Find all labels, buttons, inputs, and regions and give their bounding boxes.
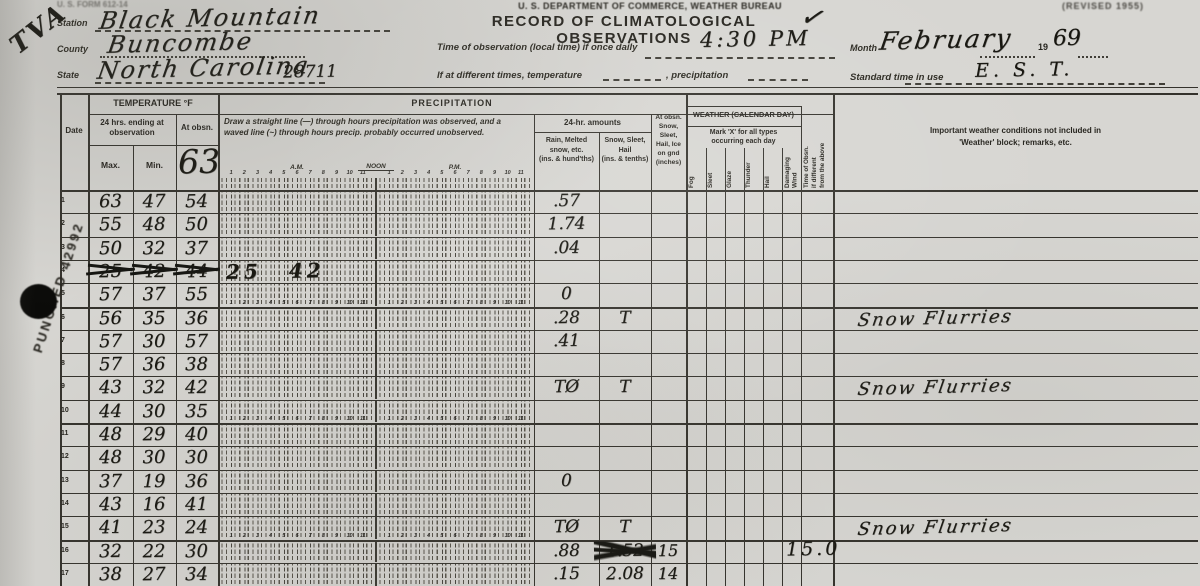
max-temp: 57 <box>89 354 132 376</box>
snow-amount: T <box>600 377 650 398</box>
date-cell: 1 <box>61 197 86 204</box>
hour-label: 5 <box>437 533 447 539</box>
snow-amount: T <box>600 517 650 538</box>
date-cell: 12 <box>61 453 86 460</box>
max-temp: 43 <box>89 494 132 516</box>
month-line <box>980 56 1035 58</box>
hour-label: 9 <box>490 416 500 422</box>
hour-label: 11 <box>516 533 526 539</box>
hour-label: 2 <box>397 300 407 306</box>
hour-label: 4 <box>266 533 276 539</box>
hour-label: 2 <box>397 416 407 422</box>
weather-col-label-hail: Hail <box>764 149 772 188</box>
max-temp: 37 <box>89 470 132 492</box>
hour-label: 3 <box>411 170 421 176</box>
month-label: Month <box>850 43 877 53</box>
scanned-form-page: U. S. FORM 612-14 U. S. DEPARTMENT OF CO… <box>0 0 1200 586</box>
min-temp: 36 <box>133 354 175 376</box>
hour-label: 9 <box>332 533 342 539</box>
snow-depth: 14 <box>651 564 685 584</box>
hour-label: 8 <box>476 533 486 539</box>
hour-label: 10 <box>503 170 513 176</box>
hour-label: 2 <box>397 170 407 176</box>
hrs24-header: 24 hrs. ending at observation <box>89 118 175 138</box>
max-temp: 57 <box>89 284 132 306</box>
precip-chart-cell <box>218 331 534 353</box>
hour-label: 1 <box>384 170 394 176</box>
precipitation-title: PRECIPITATION <box>218 98 686 108</box>
hour-label: 10 <box>503 416 513 422</box>
atobs-temp: 50 <box>176 214 217 236</box>
hour-label: 3 <box>253 300 263 306</box>
hour-label: 1 <box>384 416 394 422</box>
date-cell: 8 <box>61 360 86 367</box>
hour-label: 4 <box>424 170 434 176</box>
max-temp: 48 <box>89 424 132 446</box>
precip-chart-cell <box>218 564 534 586</box>
year-value: 69 <box>1053 26 1081 51</box>
atobs-temp: 54 <box>176 191 217 213</box>
hour-label: 6 <box>292 533 302 539</box>
time-obs-value: 4:30 PM <box>700 26 811 52</box>
grid-hline <box>534 132 651 133</box>
grid-vline <box>833 95 835 586</box>
hour-label: 5 <box>279 533 289 539</box>
depth-col-header: At obsn. Snow, Sleet, Hail, Ice on gnd (… <box>651 113 686 167</box>
max-temp: 48 <box>89 447 132 469</box>
hour-label: 3 <box>411 300 421 306</box>
atobs-temp: 44 <box>176 261 217 283</box>
std-time-label: Standard time in use <box>850 72 943 83</box>
hour-label: 4 <box>424 533 434 539</box>
rain-col-header: Rain, Melted snow, etc. (ins. & hund'ths… <box>535 136 598 165</box>
hour-label: 9 <box>490 170 500 176</box>
date-cell: 15 <box>61 523 86 530</box>
atobs-temp: 34 <box>176 563 217 585</box>
hour-label: 1 <box>384 300 394 306</box>
precip-chart-cell <box>218 354 534 376</box>
state-value: North Carolina <box>95 51 311 85</box>
at-obsn-temp-value: 63 <box>178 142 219 182</box>
date-cell: 10 <box>61 407 86 414</box>
hour-label: 8 <box>318 533 328 539</box>
grid-hline <box>60 213 1198 214</box>
snow-col-header: Snow, Sleet, Hail (ins. & tenths) <box>600 136 650 165</box>
hour-label: 11 <box>358 416 368 422</box>
max-temp: 25 <box>89 261 132 283</box>
hour-label: 8 <box>476 170 486 176</box>
precip-chart-cell <box>218 214 534 236</box>
hour-label: 11 <box>516 300 526 306</box>
date-cell: 6 <box>61 314 86 321</box>
diff-temp-line <box>603 79 661 81</box>
revised-note: (REVISED 1955) <box>1062 1 1144 11</box>
temperature-title: TEMPERATURE °F <box>88 98 218 108</box>
atobs-temp: 42 <box>176 377 217 399</box>
hour-label: 7 <box>305 533 315 539</box>
hour-label: 6 <box>450 300 460 306</box>
grid-hline <box>60 190 1198 192</box>
hour-label: 3 <box>253 170 263 176</box>
grid-vline <box>651 114 652 586</box>
date-cell: 17 <box>61 570 86 577</box>
max-temp: 41 <box>89 517 132 539</box>
max-temp: 55 <box>89 214 132 236</box>
max-temp: 32 <box>89 540 132 562</box>
amounts-header: 24-hr. amounts <box>534 118 651 127</box>
hour-label: 10 <box>345 170 355 176</box>
time-obs-line <box>645 57 835 59</box>
weather-col-label-glaze: Glaze <box>726 149 734 188</box>
hour-label: 3 <box>411 416 421 422</box>
min-temp: 27 <box>133 563 175 585</box>
punch-hole <box>20 284 57 319</box>
remark: Snow Flurries <box>856 305 1014 330</box>
diff-precip-line <box>748 79 808 81</box>
hour-label: 4 <box>266 170 276 176</box>
hour-label: 9 <box>490 300 500 306</box>
min-header: Min. <box>133 160 176 170</box>
rain-amount: 0 <box>536 470 597 491</box>
time-obs-label: Time of observation (local time) if once… <box>437 42 637 53</box>
rain-amount: .28 <box>536 307 597 328</box>
remark: Snow Flurries <box>856 375 1014 400</box>
at-obsn-header: At obsn. <box>177 123 217 132</box>
hour-label: 9 <box>332 300 342 306</box>
precip-chart-cell <box>218 424 534 446</box>
date-header: Date <box>60 126 88 135</box>
precip-chart-cell <box>218 238 534 260</box>
date-cell: 16 <box>61 547 86 554</box>
min-temp: 42 <box>133 261 175 283</box>
grid-hline <box>57 87 1198 88</box>
hour-label: 7 <box>463 300 473 306</box>
precip-chart-cell <box>218 191 534 213</box>
atobs-temp: 24 <box>176 517 217 539</box>
year-line <box>1078 56 1108 58</box>
atobs-temp: 57 <box>176 330 217 352</box>
grid-hline <box>686 106 801 107</box>
weather-sub: Mark 'X' for all types occurring each da… <box>686 128 801 146</box>
hour-label: 6 <box>292 170 302 176</box>
min-temp: 32 <box>133 377 175 399</box>
hour-label: 10 <box>345 416 355 422</box>
hour-label: 11 <box>516 416 526 422</box>
grid-hline <box>60 330 1198 331</box>
state-zip: 28711 <box>283 62 337 83</box>
atobs-temp: 36 <box>176 470 217 492</box>
hour-label: 9 <box>332 416 342 422</box>
rain-amount: .88 <box>536 540 597 561</box>
max-temp: 50 <box>89 237 132 259</box>
atobs-temp: 37 <box>176 237 217 259</box>
hour-label: 5 <box>279 300 289 306</box>
rain-amount: .41 <box>536 330 597 351</box>
hour-label: 2 <box>239 300 249 306</box>
hour-label: 5 <box>437 300 447 306</box>
rain-amount: TØ <box>536 377 597 398</box>
hour-label: 4 <box>424 300 434 306</box>
hour-label: 6 <box>292 416 302 422</box>
hour-label: 4 <box>266 300 276 306</box>
grid-hline <box>60 446 1198 447</box>
grid-hline <box>686 126 801 127</box>
hour-ruler-ticks <box>218 178 534 190</box>
std-time-value: E. S. T. <box>975 58 1074 82</box>
hour-label: 1 <box>384 533 394 539</box>
rain-amount: .04 <box>536 237 597 258</box>
min-temp: 30 <box>133 330 175 352</box>
year-prefix: 19 <box>1038 42 1048 52</box>
hour-label: 9 <box>332 170 342 176</box>
county-label: County <box>57 44 88 54</box>
max-temp: 44 <box>89 400 132 422</box>
precip-chart-cell <box>218 308 534 330</box>
month-value: February <box>878 23 1015 55</box>
snow-amount: 2.08 <box>600 563 650 584</box>
diff-times-label: If at different times, temperature <box>437 70 582 81</box>
hour-label: 7 <box>463 533 473 539</box>
state-label: State <box>57 70 79 80</box>
hour-label: 6 <box>450 416 460 422</box>
min-temp: 29 <box>133 424 175 446</box>
min-temp: 37 <box>133 284 175 306</box>
precip-chart-cell <box>218 471 534 493</box>
hour-label: 8 <box>476 300 486 306</box>
hour-label: 3 <box>411 533 421 539</box>
hour-label: 2 <box>239 533 249 539</box>
hour-label: 6 <box>450 170 460 176</box>
precip-instructions: Draw a straight line (—) through hours p… <box>224 116 530 138</box>
atobs-temp: 36 <box>176 307 217 329</box>
hour-label: 10 <box>503 533 513 539</box>
hour-label: 1 <box>226 300 236 306</box>
min-temp: 32 <box>133 237 175 259</box>
hour-label: 9 <box>490 533 500 539</box>
atobs-temp: 30 <box>176 447 217 469</box>
max-temp: 63 <box>89 191 132 213</box>
rain-amount: .15 <box>536 563 597 584</box>
max-temp: 57 <box>89 330 132 352</box>
precip-chart-cell <box>218 494 534 516</box>
date-cell: 9 <box>61 383 86 390</box>
hour-label: 11 <box>358 170 368 176</box>
hour-label: 2 <box>239 170 249 176</box>
atobs-temp: 41 <box>176 494 217 516</box>
grid-hline <box>60 493 1198 494</box>
atobs-temp: 35 <box>176 400 217 422</box>
hour-label: 8 <box>318 170 328 176</box>
hour-label: 5 <box>279 170 289 176</box>
hour-label: 8 <box>476 416 486 422</box>
max-temp: 43 <box>89 377 132 399</box>
hour-label: 6 <box>292 300 302 306</box>
date-cell: 11 <box>61 430 86 437</box>
agency-line: U. S. DEPARTMENT OF COMMERCE, WEATHER BU… <box>450 1 850 11</box>
min-temp: 19 <box>133 470 175 492</box>
precip-chart-note: 25 42 <box>226 258 325 284</box>
grid-hline <box>60 237 1198 238</box>
weather-title: WEATHER (CALENDAR DAY) <box>686 110 801 119</box>
hour-label: 7 <box>463 416 473 422</box>
remarks-header: Important weather conditions not include… <box>833 125 1198 149</box>
weather-col-label-fog: Fog <box>688 149 696 188</box>
hour-label: 1 <box>226 170 236 176</box>
hour-label: 4 <box>266 416 276 422</box>
precip-chart-cell <box>218 377 534 399</box>
rain-amount: 0 <box>536 284 597 305</box>
rain-amount: TØ <box>536 517 597 538</box>
max-temp: 38 <box>89 563 132 585</box>
hour-label: 3 <box>253 416 263 422</box>
min-temp: 47 <box>133 191 175 213</box>
atobs-temp: 30 <box>176 540 217 562</box>
date-cell: 7 <box>61 337 86 344</box>
min-temp: 30 <box>133 400 175 422</box>
max-header: Max. <box>88 160 133 170</box>
hour-label: 11 <box>516 170 526 176</box>
min-temp: 22 <box>133 540 175 562</box>
hour-label: 5 <box>437 416 447 422</box>
rain-amount: .57 <box>536 190 597 211</box>
hour-label: 1 <box>226 533 236 539</box>
hour-label: 10 <box>503 300 513 306</box>
grid-hline <box>60 353 1198 354</box>
hour-label: 10 <box>345 533 355 539</box>
atobs-temp: 55 <box>176 284 217 306</box>
date-cell: 13 <box>61 477 86 484</box>
diff-precip-label: , precipitation <box>666 70 728 81</box>
hour-label: 8 <box>318 300 328 306</box>
min-temp: 35 <box>133 307 175 329</box>
weather-col-label-damaging-wind: Damaging Wind <box>784 149 799 188</box>
hour-label: 11 <box>358 533 368 539</box>
hour-label: 5 <box>279 416 289 422</box>
min-temp: 16 <box>133 494 175 516</box>
hour-label: 2 <box>397 533 407 539</box>
hour-label: 6 <box>450 533 460 539</box>
date-cell: 14 <box>61 500 86 507</box>
hour-label: 8 <box>318 416 328 422</box>
hour-label: 7 <box>463 170 473 176</box>
time-note: 15.0 <box>786 537 841 560</box>
grid-hline <box>60 423 1198 425</box>
atobs-temp: 40 <box>176 424 217 446</box>
rain-amount: 1.74 <box>536 214 597 235</box>
hour-label: 10 <box>345 300 355 306</box>
weather-col-label-sleet: Sleet <box>707 149 715 188</box>
hour-label: 1 <box>226 416 236 422</box>
grid-hline <box>57 93 1198 95</box>
min-temp: 23 <box>133 517 175 539</box>
precip-chart-cell <box>218 447 534 469</box>
hour-label: 3 <box>253 533 263 539</box>
grid-hline <box>60 470 1198 471</box>
time-col-header: Time of Obsn. if different from the abov… <box>803 112 827 188</box>
hour-label: 7 <box>305 300 315 306</box>
hour-label: 5 <box>437 170 447 176</box>
snow-depth: 15 <box>651 540 685 560</box>
atobs-temp: 38 <box>176 354 217 376</box>
snow-amount: 1.52 <box>600 540 650 561</box>
hour-label: 2 <box>239 416 249 422</box>
weather-col-label-thunder: Thunder <box>745 149 753 188</box>
hour-label: 11 <box>358 300 368 306</box>
max-temp: 56 <box>89 307 132 329</box>
hour-label: 4 <box>424 416 434 422</box>
grid-hline <box>60 400 1198 401</box>
hour-label: 7 <box>305 170 315 176</box>
min-temp: 48 <box>133 214 175 236</box>
precip-chart-cell <box>218 541 534 563</box>
hour-label: 7 <box>305 416 315 422</box>
min-temp: 30 <box>133 447 175 469</box>
snow-amount: T <box>600 307 650 328</box>
remark: Snow Flurries <box>856 515 1014 540</box>
std-time-line <box>905 83 1165 85</box>
